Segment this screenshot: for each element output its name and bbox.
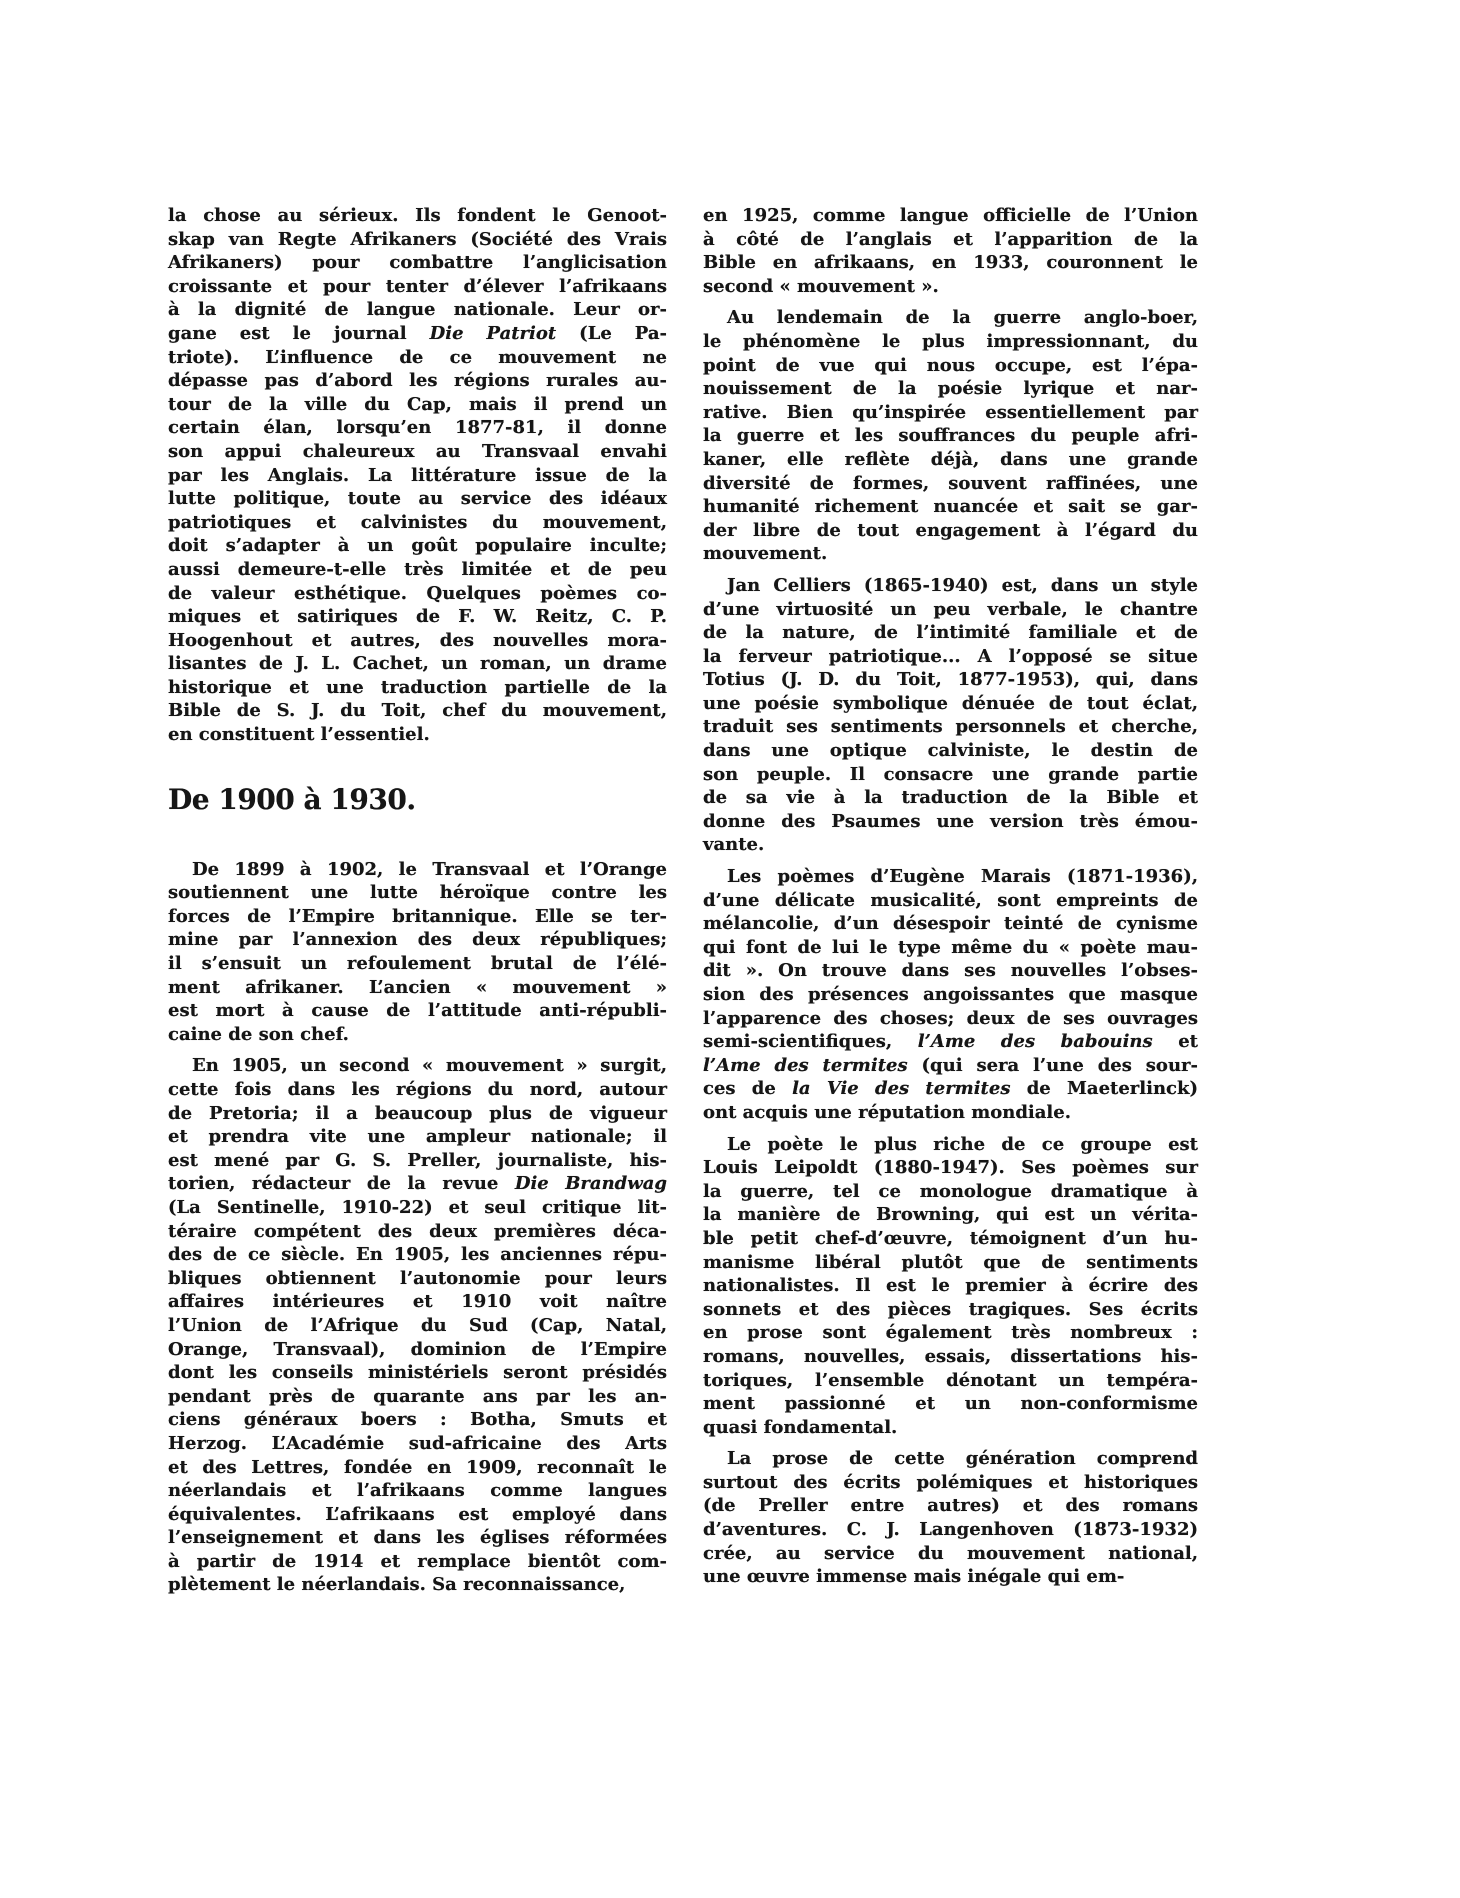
body-text: ble petit chef-d’œuvre, témoignent d’un … [703,1228,1198,1249]
body-text: dans une optique calviniste, le destin d… [703,740,1198,761]
text-line: nouissement de la poésie lyrique et nar- [703,377,1198,401]
text-line: la ferveur patriotique... A l’opposé se … [703,645,1198,669]
text-line: Louis Leipoldt (1880-1947). Ses poèmes s… [703,1156,1198,1180]
body-text: ciens généraux boers : Botha, Smuts et [168,1409,667,1430]
body-text: des de ce siècle. En 1905, les anciennes… [168,1244,667,1265]
body-text: cette fois dans les régions du nord, aut… [168,1079,667,1100]
body-text: La prose de cette génération comprend [727,1448,1198,1469]
text-line: Jan Celliers (1865-1940) est, dans un st… [703,574,1198,598]
italic-title-text: l’Ame des babouins [918,1031,1153,1052]
text-line: une poésie symbolique dénuée de tout écl… [703,692,1198,716]
body-text: son appui chaleureux au Transvaal envahi [168,441,667,462]
body-text: le phénomène le plus impressionnant, du [703,331,1198,352]
text-line: diversité de formes, souvent raffinées, … [703,472,1198,496]
body-text: la guerre, tel ce monologue dramatique à [703,1181,1198,1202]
body-text: Afrikaners) pour combattre l’anglicisati… [168,252,667,273]
body-text: miques et satiriques de F. W. Reitz, C. … [168,606,667,627]
body-text: Hoogenhout et autres, des nouvelles mora… [168,630,667,651]
body-text: néerlandais et l’afrikaans comme langues [168,1480,667,1501]
text-line: de la nature, de l’intimité familiale et… [703,621,1198,645]
text-line: téraire compétent des deux premières déc… [168,1220,667,1244]
paragraph: De 1899 à 1902, le Transvaal et l’Orange… [168,858,667,1047]
paragraph: Les poèmes d’Eugène Marais (1871-1936),d… [703,865,1198,1125]
paragraph: Jan Celliers (1865-1940) est, dans un st… [703,574,1198,857]
body-text: en 1925, comme langue officielle de l’Un… [703,205,1198,226]
text-line: humanité richement nuancée et sait se ga… [703,495,1198,519]
text-line: patriotiques et calvinistes du mouvement… [168,511,667,535]
text-line: il s’ensuit un refoulement brutal de l’é… [168,952,667,976]
text-line: ciens généraux boers : Botha, Smuts et [168,1408,667,1432]
body-text: patriotiques et calvinistes du mouvement… [168,512,667,533]
text-line: Bible de S. J. du Toit, chef du mouvemen… [168,699,667,723]
body-text: à côté de l’anglais et l’apparition de l… [703,229,1198,250]
text-line: point de vue qui nous occupe, est l’épa- [703,354,1198,378]
body-text: de sa vie à la traduction de la Bible et [703,787,1198,808]
body-text: De 1899 à 1902, le Transvaal et l’Orange [192,859,667,880]
text-line: est mort à cause de l’attitude anti-répu… [168,999,667,1023]
text-line: à la dignité de langue nationale. Leur o… [168,298,667,322]
body-text: lutte politique, toute au service des id… [168,488,667,509]
text-line: affaires intérieures et 1910 voit naître [168,1290,667,1314]
text-line: la guerre, tel ce monologue dramatique à [703,1180,1198,1204]
body-text: est mort à cause de l’attitude anti-répu… [168,1000,667,1021]
text-line: sion des présences angoissantes que masq… [703,983,1198,1007]
text-line: à partir de 1914 et remplace bientôt com… [168,1550,667,1574]
text-line: Afrikaners) pour combattre l’anglicisati… [168,251,667,275]
body-text: mouvement. [703,543,827,564]
text-line: Totius (J. D. du Toit, 1877-1953), qui, … [703,668,1198,692]
scanned-book-page: la chose au sérieux. Ils fondent le Geno… [0,0,1460,1898]
text-line: qui font de lui le type même du « poète … [703,936,1198,960]
text-line: Herzog. L’Académie sud-africaine des Art… [168,1432,667,1456]
text-line: le phénomène le plus impressionnant, du [703,330,1198,354]
body-text: il s’ensuit un refoulement brutal de l’é… [168,953,667,974]
text-line: torien, rédacteur de la revue Die Brandw… [168,1172,667,1196]
body-text: ont acquis une réputation mondiale. [703,1102,1071,1123]
text-line: la manière de Browning, qui est un vérit… [703,1203,1198,1227]
text-line: De 1899 à 1902, le Transvaal et l’Orange [168,858,667,882]
text-line: d’aventures. C. J. Langenhoven (1873-193… [703,1518,1198,1542]
text-line: miques et satiriques de F. W. Reitz, C. … [168,605,667,629]
text-line: lutte politique, toute au service des id… [168,487,667,511]
body-text: soutiennent une lutte héroïque contre le… [168,882,667,903]
text-line: dont les conseils ministériels seront pr… [168,1361,667,1385]
body-text: der libre de tout engagement à l’égard d… [703,520,1198,541]
body-text: mine par l’annexion des deux républiques… [168,929,667,950]
body-text: est mené par G. S. Preller, journaliste,… [168,1150,667,1171]
paragraph: Au lendemain de la guerre anglo-boer,le … [703,306,1198,566]
right-text-column: en 1925, comme langue officielle de l’Un… [703,204,1198,1589]
body-text: skap van Regte Afrikaners (Société des V… [168,229,667,250]
text-line: ment passionné et un non-conformisme [703,1392,1198,1416]
text-line: et des Lettres, fondée en 1909, reconnaî… [168,1456,667,1480]
text-line: traduit ses sentiments personnels et che… [703,715,1198,739]
text-line: mélancolie, d’un désespoir teinté de cyn… [703,912,1198,936]
body-text: l’apparence des choses; deux de ses ouvr… [703,1008,1198,1029]
body-text: manisme libéral plutôt que de sentiments [703,1252,1198,1273]
body-text: humanité richement nuancée et sait se ga… [703,496,1198,517]
text-line: en 1925, comme langue officielle de l’Un… [703,204,1198,228]
body-text: Bible en afrikaans, en 1933, couronnent … [703,252,1198,273]
text-line: ble petit chef-d’œuvre, témoignent d’un … [703,1227,1198,1251]
italic-title-text: Die Brandwag [515,1173,667,1194]
text-line: et prendra vite une ampleur nationale; i… [168,1125,667,1149]
text-line: cette fois dans les régions du nord, aut… [168,1078,667,1102]
body-text: plètement le néerlandais. Sa reconnaissa… [168,1574,625,1595]
text-line: ces de la Vie des termites de Maeterlinc… [703,1077,1198,1101]
body-text: l’enseignement et dans les églises réfor… [168,1527,667,1548]
text-line: historique et une traduction partielle d… [168,676,667,700]
paragraph: la chose au sérieux. Ils fondent le Geno… [168,204,667,747]
body-text: bliques obtiennent l’autonomie pour leur… [168,1268,667,1289]
body-text: Totius (J. D. du Toit, 1877-1953), qui, … [703,669,1198,690]
body-text: certain élan, lorsqu’en 1877-81, il donn… [168,417,667,438]
body-text: téraire compétent des deux premières déc… [168,1221,667,1242]
body-text: kaner, elle reflète déjà, dans une grand… [703,449,1198,470]
text-line: ont acquis une réputation mondiale. [703,1101,1198,1125]
body-text: affaires intérieures et 1910 voit naître [168,1291,667,1312]
body-text: vante. [703,834,764,855]
body-text: En 1905, un second « mouvement » surgit, [192,1055,667,1076]
text-line: à côté de l’anglais et l’apparition de l… [703,228,1198,252]
text-line: donne des Psaumes une version très émou- [703,810,1198,834]
text-line: de sa vie à la traduction de la Bible et [703,786,1198,810]
body-text: lisantes de J. L. Cachet, un roman, un d… [168,653,667,674]
body-text: second « mouvement ». [703,276,939,297]
body-text: surtout des écrits polémiques et histori… [703,1472,1198,1493]
text-line: (de Preller entre autres) et des romans [703,1494,1198,1518]
text-line: plètement le néerlandais. Sa reconnaissa… [168,1573,667,1597]
text-line: en constituent l’essentiel. [168,723,667,747]
paragraph: en 1925, comme langue officielle de l’Un… [703,204,1198,298]
body-text: croissante et pour tenter d’élever l’afr… [168,276,667,297]
body-text: (Le Pa- [556,323,667,344]
text-line: toriques, l’ensemble dénotant un tempéra… [703,1369,1198,1393]
text-line: son appui chaleureux au Transvaal envahi [168,440,667,464]
body-text: dont les conseils ministériels seront pr… [168,1362,667,1383]
body-text: point de vue qui nous occupe, est l’épa- [703,355,1198,376]
text-line: manisme libéral plutôt que de sentiments [703,1251,1198,1275]
body-text: tour de la ville du Cap, mais il prend u… [168,394,667,415]
text-line: la guerre et les souffrances du peuple a… [703,424,1198,448]
body-text: dépasse pas d’abord les régions rurales … [168,370,667,391]
text-line: Le poète le plus riche de ce groupe est [703,1133,1198,1157]
body-text: semi-scientifiques, [703,1031,918,1052]
body-text: d’une virtuosité un peu verbale, le chan… [703,599,1198,620]
text-line: équivalentes. L’afrikaans est employé da… [168,1503,667,1527]
body-text: forces de l’Empire britannique. Elle se … [168,906,667,927]
text-line: néerlandais et l’afrikaans comme langues [168,1479,667,1503]
text-line: de valeur esthétique. Quelques poèmes co… [168,582,667,606]
body-text: une poésie symbolique dénuée de tout écl… [703,693,1198,714]
text-line: d’une délicate musicalité, sont empreint… [703,889,1198,913]
body-text: par les Anglais. La littérature issue de… [168,465,667,486]
text-line: En 1905, un second « mouvement » surgit, [168,1054,667,1078]
body-text: qui font de lui le type même du « poète … [703,937,1198,958]
text-line: triote). L’influence de ce mouvement ne [168,346,667,370]
body-text: (La Sentinelle, 1910-22) et seul critiqu… [168,1197,667,1218]
body-text: d’une délicate musicalité, sont empreint… [703,890,1198,911]
section-heading: De 1900 à 1930. [168,785,667,815]
left-text-column: la chose au sérieux. Ils fondent le Geno… [168,204,667,1597]
body-text: et prendra vite une ampleur nationale; i… [168,1126,667,1147]
text-line: l’enseignement et dans les églises réfor… [168,1526,667,1550]
body-text: la guerre et les souffrances du peuple a… [703,425,1198,446]
text-line: Hoogenhout et autres, des nouvelles mora… [168,629,667,653]
text-line: de Pretoria; il a beaucoup plus de vigue… [168,1102,667,1126]
body-text: diversité de formes, souvent raffinées, … [703,473,1198,494]
text-line: lisantes de J. L. Cachet, un roman, un d… [168,652,667,676]
text-line: aussi demeure-t-elle très limitée et de … [168,558,667,582]
text-line: doit s’adapter à un goût populaire incul… [168,534,667,558]
body-text: de Maeterlinck) [1010,1078,1198,1099]
text-line: des de ce siècle. En 1905, les anciennes… [168,1243,667,1267]
text-line: l’Union de l’Afrique du Sud (Cap, Natal, [168,1314,667,1338]
body-text: rative. Bien qu’inspirée essentiellement… [703,402,1198,423]
text-line: une œuvre immense mais inégale qui em- [703,1565,1198,1589]
body-text: et des Lettres, fondée en 1909, reconnaî… [168,1457,667,1478]
text-line: romans, nouvelles, essais, dissertations… [703,1345,1198,1369]
text-line: dans une optique calviniste, le destin d… [703,739,1198,763]
text-line: Les poèmes d’Eugène Marais (1871-1936), [703,865,1198,889]
body-text: de la nature, de l’intimité familiale et… [703,622,1198,643]
text-line: certain élan, lorsqu’en 1877-81, il donn… [168,416,667,440]
body-text: quasi fondamental. [703,1417,897,1438]
body-text: nouissement de la poésie lyrique et nar- [703,378,1198,399]
text-line: d’une virtuosité un peu verbale, le chan… [703,598,1198,622]
body-text: la manière de Browning, qui est un vérit… [703,1204,1198,1225]
body-text: à partir de 1914 et remplace bientôt com… [168,1551,667,1572]
body-text: sion des présences angoissantes que masq… [703,984,1198,1005]
body-text: dit ». On trouve dans ses nouvelles l’ob… [703,960,1198,981]
text-line: nationalistes. Il est le premier à écrir… [703,1274,1198,1298]
body-text: traduit ses sentiments personnels et che… [703,716,1198,737]
body-text: triote). L’influence de ce mouvement ne [168,347,667,368]
text-line: second « mouvement ». [703,275,1198,299]
body-text: de Pretoria; il a beaucoup plus de vigue… [168,1103,667,1124]
text-line: la chose au sérieux. Ils fondent le Geno… [168,204,667,228]
text-line: kaner, elle reflète déjà, dans une grand… [703,448,1198,472]
body-text: ces de [703,1078,792,1099]
italic-title-text: Die Patriot [430,323,557,344]
text-line: vante. [703,833,1198,857]
text-line: l’Ame des termites (qui sera l’une des s… [703,1054,1198,1078]
italic-title-text: l’Ame des termites [703,1055,908,1076]
text-line: der libre de tout engagement à l’égard d… [703,519,1198,543]
text-line: tour de la ville du Cap, mais il prend u… [168,393,667,417]
text-line: ment afrikaner. L’ancien « mouvement » [168,976,667,1000]
body-text: historique et une traduction partielle d… [168,677,667,698]
body-text: son peuple. Il consacre une grande parti… [703,764,1198,785]
text-line: pendant près de quarante ans par les an- [168,1385,667,1409]
text-line: Bible en afrikaans, en 1933, couronnent … [703,251,1198,275]
text-line: semi-scientifiques, l’Ame des babouins e… [703,1030,1198,1054]
text-line: (La Sentinelle, 1910-22) et seul critiqu… [168,1196,667,1220]
body-text: ment afrikaner. L’ancien « mouvement » [168,977,667,998]
body-text: toriques, l’ensemble dénotant un tempéra… [703,1370,1198,1391]
body-text: gane est le journal [168,323,430,344]
body-text: torien, rédacteur de la revue [168,1173,515,1194]
text-line: Orange, Transvaal), dominion de l’Empire [168,1338,667,1362]
text-line: dépasse pas d’abord les régions rurales … [168,369,667,393]
text-line: croissante et pour tenter d’élever l’afr… [168,275,667,299]
text-line: surtout des écrits polémiques et histori… [703,1471,1198,1495]
body-text: aussi demeure-t-elle très limitée et de … [168,559,667,580]
body-text: mélancolie, d’un désespoir teinté de cyn… [703,913,1198,934]
text-line: bliques obtiennent l’autonomie pour leur… [168,1267,667,1291]
text-line: est mené par G. S. Preller, journaliste,… [168,1149,667,1173]
body-text: et [1153,1031,1198,1052]
body-text: une œuvre immense mais inégale qui em- [703,1566,1124,1587]
body-text: caine de son chef. [168,1024,349,1045]
text-line: skap van Regte Afrikaners (Société des V… [168,228,667,252]
text-line: crée, au service du mouvement national, [703,1542,1198,1566]
body-text: la ferveur patriotique... A l’opposé se … [703,646,1198,667]
body-text: doit s’adapter à un goût populaire incul… [168,535,667,556]
body-text: Herzog. L’Académie sud-africaine des Art… [168,1433,667,1454]
body-text: romans, nouvelles, essais, dissertations… [703,1346,1198,1367]
body-text: Orange, Transvaal), dominion de l’Empire [168,1339,667,1360]
body-text: à la dignité de langue nationale. Leur o… [168,299,667,320]
text-line: en prose sont également très nombreux : [703,1321,1198,1345]
body-text: crée, au service du mouvement national, [703,1543,1198,1564]
body-text: ment passionné et un non-conformisme [703,1393,1198,1414]
body-text: pendant près de quarante ans par les an- [168,1386,667,1407]
body-text: en constituent l’essentiel. [168,724,430,745]
text-line: gane est le journal Die Patriot (Le Pa- [168,322,667,346]
body-text: (de Preller entre autres) et des romans [703,1495,1198,1516]
body-text: sonnets et des pièces tragiques. Ses écr… [703,1299,1198,1320]
body-text: la chose au sérieux. Ils fondent le Geno… [168,205,667,226]
text-line: forces de l’Empire britannique. Elle se … [168,905,667,929]
body-text: Le poète le plus riche de ce groupe est [727,1134,1198,1155]
body-text: de valeur esthétique. Quelques poèmes co… [168,583,667,604]
paragraph: La prose de cette génération comprendsur… [703,1447,1198,1589]
body-text: d’aventures. C. J. Langenhoven (1873-193… [703,1519,1198,1540]
body-text: Les poèmes d’Eugène Marais (1871-1936), [727,866,1198,887]
body-text: Au lendemain de la guerre anglo-boer, [727,307,1198,328]
body-text: Louis Leipoldt (1880-1947). Ses poèmes s… [703,1157,1198,1178]
text-line: rative. Bien qu’inspirée essentiellement… [703,401,1198,425]
body-text: nationalistes. Il est le premier à écrir… [703,1275,1198,1296]
text-line: sonnets et des pièces tragiques. Ses écr… [703,1298,1198,1322]
body-text: l’Union de l’Afrique du Sud (Cap, Natal, [168,1315,667,1336]
text-line: Au lendemain de la guerre anglo-boer, [703,306,1198,330]
text-line: par les Anglais. La littérature issue de… [168,464,667,488]
body-text: Jan Celliers (1865-1940) est, dans un st… [727,575,1198,596]
text-line: l’apparence des choses; deux de ses ouvr… [703,1007,1198,1031]
text-line: son peuple. Il consacre une grande parti… [703,763,1198,787]
body-text: Bible de S. J. du Toit, chef du mouvemen… [168,700,667,721]
text-line: mouvement. [703,542,1198,566]
body-text: équivalentes. L’afrikaans est employé da… [168,1504,667,1525]
text-line: caine de son chef. [168,1023,667,1047]
text-line: mine par l’annexion des deux républiques… [168,928,667,952]
text-line: La prose de cette génération comprend [703,1447,1198,1471]
body-text: donne des Psaumes une version très émou- [703,811,1198,832]
italic-title-text: la Vie des termites [792,1078,1010,1099]
body-text: (qui sera l’une des sour- [908,1055,1198,1076]
body-text: en prose sont également très nombreux : [703,1322,1198,1343]
text-line: soutiennent une lutte héroïque contre le… [168,881,667,905]
paragraph: Le poète le plus riche de ce groupe estL… [703,1133,1198,1440]
paragraph: En 1905, un second « mouvement » surgit,… [168,1054,667,1597]
text-line: quasi fondamental. [703,1416,1198,1440]
text-line: dit ». On trouve dans ses nouvelles l’ob… [703,959,1198,983]
